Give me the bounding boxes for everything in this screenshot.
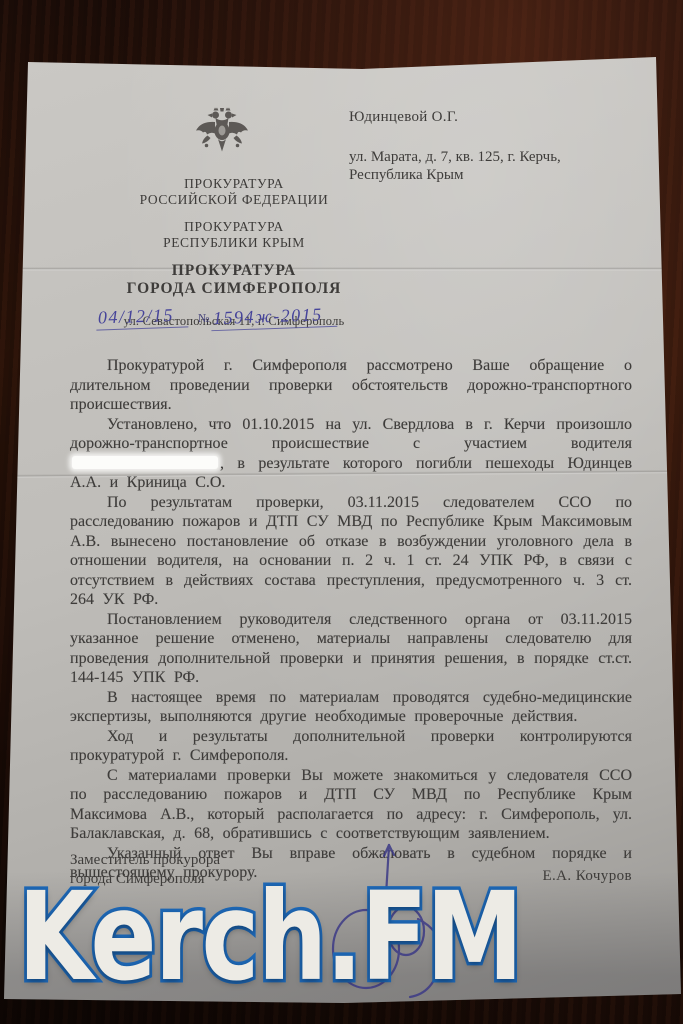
document-paper: Юдинцевой О.Г. ул. Марата, д. 7, кв. 125…: [4, 56, 681, 1004]
paragraph-5: В настоящее время по материалам проводят…: [70, 688, 632, 727]
double-headed-eagle-icon: [192, 106, 252, 158]
handwritten-outgoing-number: 1594ж-2015: [211, 304, 337, 331]
paragraph-6: Ход и результаты дополнительной проверки…: [70, 727, 632, 766]
letterhead-line: РЕСПУБЛИКИ КРЫМ: [74, 235, 394, 251]
kerchfm-watermark: Kerch.FM: [18, 876, 522, 998]
handwritten-date: 04/12/15: [96, 304, 189, 330]
addressee-block: Юдинцевой О.Г. ул. Марата, д. 7, кв. 125…: [349, 108, 649, 184]
reference-line: 04/12/15№1594ж-2015: [96, 306, 416, 329]
addressee-address-line1: ул. Марата, д. 7, кв. 125, г. Керчь,: [349, 148, 649, 166]
paragraph-1: Прокуратурой г. Симферополя рассмотрено …: [70, 356, 632, 415]
letterhead-org-name: ГОРОДА СИМФЕРОПОЛЯ: [74, 280, 394, 298]
redaction-box: [72, 456, 218, 469]
paragraph-3: По результатам проверки, 03.11.2015 след…: [70, 493, 632, 610]
addressee-name: Юдинцевой О.Г.: [349, 108, 649, 126]
paragraph-2-text: Установлено, что 01.10.2015 на ул. Сверд…: [70, 416, 632, 453]
letterhead-org-name: ПРОКУРАТУРА: [74, 262, 394, 280]
number-sign: №: [198, 311, 209, 325]
letter-body: Прокуратурой г. Симферополя рассмотрено …: [70, 356, 632, 883]
photo-scene: Юдинцевой О.Г. ул. Марата, д. 7, кв. 125…: [0, 0, 683, 1024]
letterhead-line: РОССИЙСКОЙ ФЕДЕРАЦИИ: [74, 192, 394, 208]
paragraph-4: Постановлением руководителя следственног…: [70, 610, 632, 688]
paragraph-2: Установлено, что 01.10.2015 на ул. Сверд…: [70, 415, 632, 493]
letterhead-line: ПРОКУРАТУРА: [74, 219, 394, 235]
addressee-address-line2: Республика Крым: [349, 166, 649, 184]
coat-of-arms-emblem: [192, 106, 252, 158]
letterhead-line: ПРОКУРАТУРА: [74, 176, 394, 192]
signer-name: Е.А. Кочуров: [542, 867, 632, 886]
